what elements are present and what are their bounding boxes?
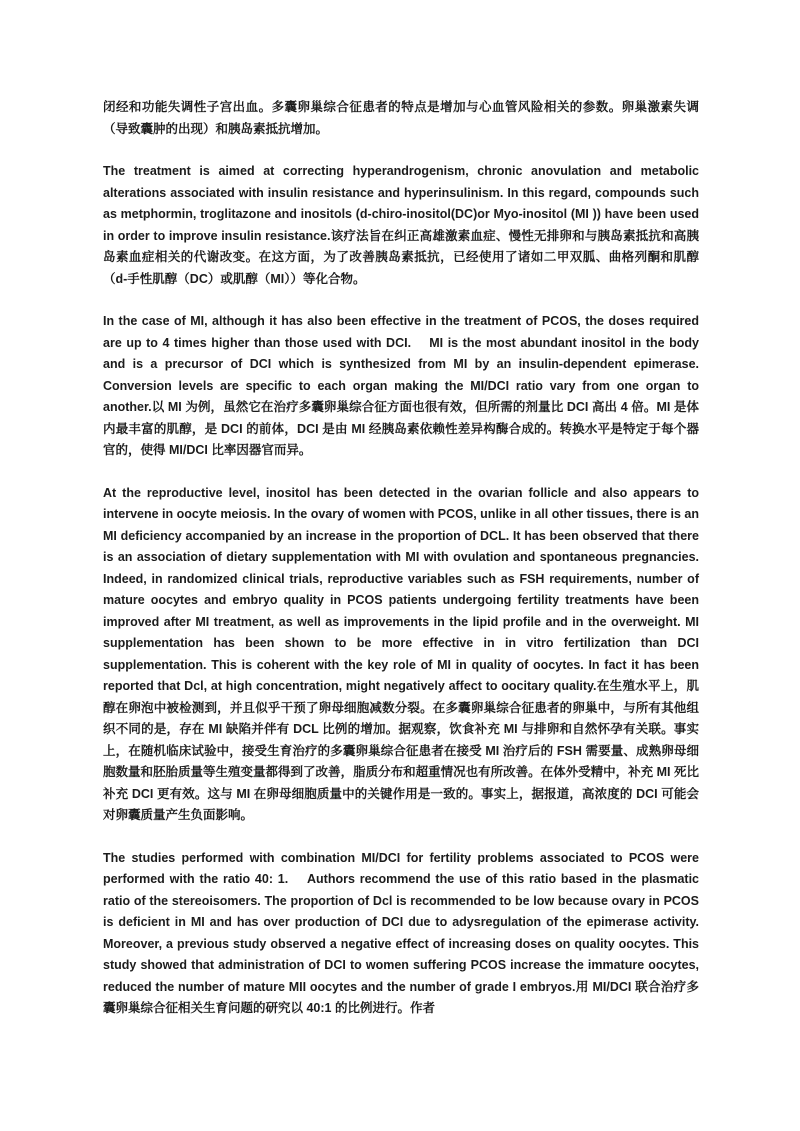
paragraph-treatment-aims: The treatment is aimed at correcting hyp… bbox=[103, 161, 699, 290]
document-page: 闭经和功能失调性子宫出血。多囊卵巢综合征患者的特点是增加与心血管风险相关的参数。… bbox=[0, 0, 800, 1131]
paragraph-mi-dci-ratio-studies: The studies performed with combination M… bbox=[103, 848, 699, 1020]
paragraph-cn-amenorrhea: 闭经和功能失调性子宫出血。多囊卵巢综合征患者的特点是增加与心血管风险相关的参数。… bbox=[103, 97, 699, 140]
paragraph-reproductive-level: At the reproductive level, inositol has … bbox=[103, 483, 699, 827]
document-content: 闭经和功能失调性子宫出血。多囊卵巢综合征患者的特点是增加与心血管风险相关的参数。… bbox=[103, 97, 699, 1020]
paragraph-mi-doses: In the case of MI, although it has also … bbox=[103, 311, 699, 462]
